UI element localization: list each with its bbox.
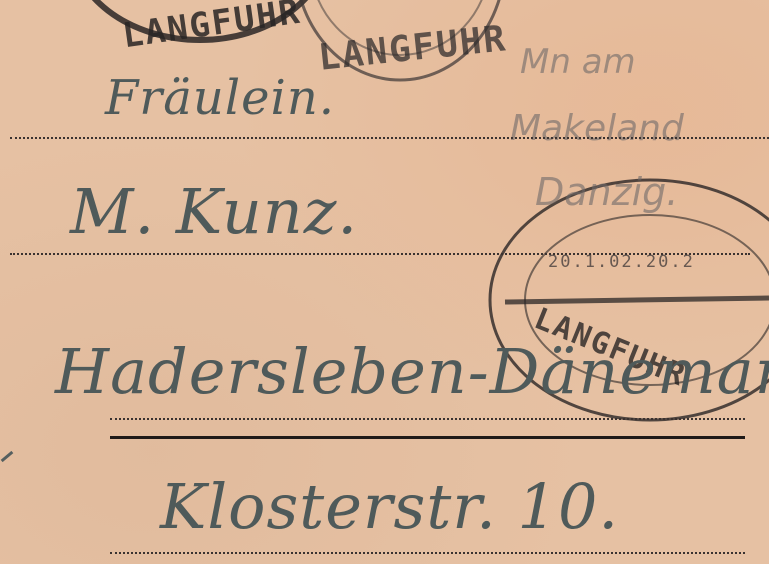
pencil-note-line-1: Mn am <box>520 42 636 82</box>
address-name: M. Kunz. <box>70 175 358 248</box>
postmark-date: 20.1.02.20.2 <box>548 252 695 272</box>
pencil-note-line-2: Makeland <box>510 108 684 149</box>
address-line-1 <box>10 137 769 139</box>
pencil-note-line-3: Danzig. <box>535 170 678 214</box>
address-salutation: Fräulein. <box>105 70 335 126</box>
address-street: Klosterstr. 10. <box>160 470 619 543</box>
address-line-4 <box>110 552 745 554</box>
address-line-3 <box>110 418 745 420</box>
postcard-photo: LANGFUHR LANGFUHR LANGFUHR 20.1.02.20.2 … <box>0 0 769 564</box>
address-line-2 <box>10 253 750 255</box>
address-city: Hadersleben-Dänemark <box>55 335 769 408</box>
destination-underline <box>110 436 745 439</box>
